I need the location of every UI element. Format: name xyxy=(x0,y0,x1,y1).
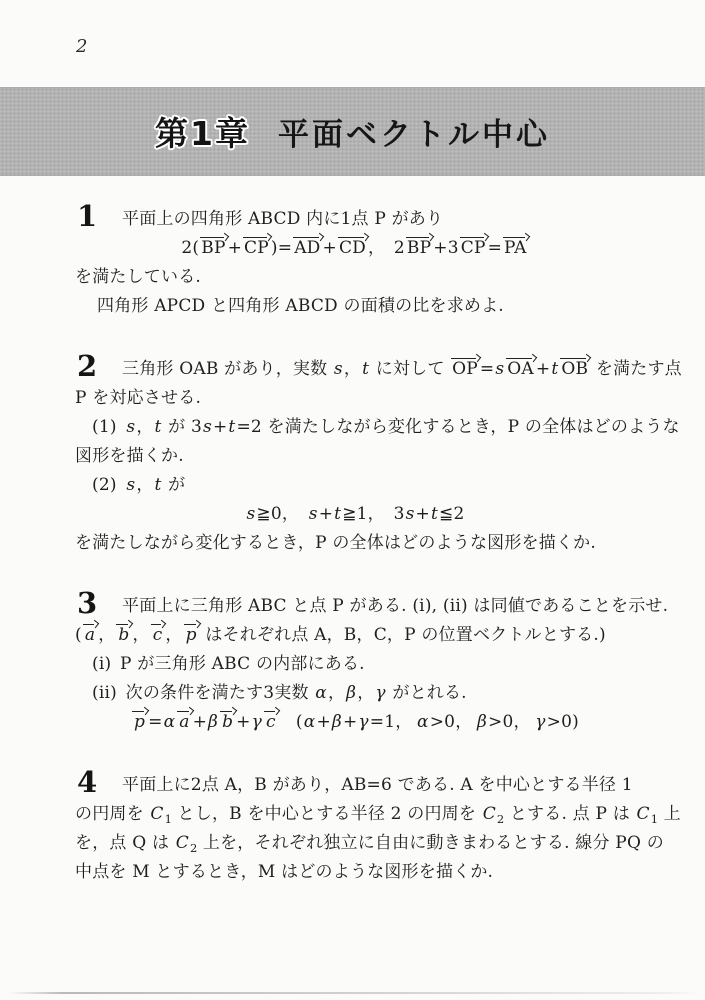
math-variable: β xyxy=(345,683,357,703)
problem-line: P を対応させる. xyxy=(75,384,635,413)
problem-line: (i) P が三角形 ABC の内部にある. xyxy=(75,650,635,679)
page-edge-shadow xyxy=(8,992,699,994)
math-variable: a xyxy=(84,625,96,645)
chapter-label: 第1章 xyxy=(155,108,250,155)
subscript: 2 xyxy=(497,812,504,826)
math-variable: c xyxy=(265,712,277,732)
problem-line: 四角形 APCD と四角形 ABCD の面積の比を求めよ. xyxy=(75,292,635,321)
subscript: 1 xyxy=(165,812,172,826)
math-variable: C xyxy=(149,804,164,824)
problem-line: (2) s，t が xyxy=(75,471,635,500)
math-variable: β xyxy=(207,712,219,732)
math-variable: s xyxy=(202,417,213,437)
problem-line: s≧0， s+t≧1， 3s+t≦2 xyxy=(75,500,635,529)
math-variable: t xyxy=(227,417,236,437)
math-variable: b xyxy=(221,712,234,732)
problem-line: p=αa+βb+γc (α+β+γ=1， α>0， β>0， γ>0) xyxy=(75,708,635,737)
vector-symbol: a xyxy=(82,627,98,644)
vector-symbol: CD xyxy=(337,240,368,257)
chapter-title: 平面ベクトル中心 xyxy=(278,109,550,154)
math-variable: a xyxy=(178,712,190,732)
math-variable: p xyxy=(185,625,198,645)
math-variable: t xyxy=(550,359,559,379)
problem-line: 平面上の四角形 ABCD 内に1点 P があり xyxy=(75,205,635,234)
math-variable: t xyxy=(154,417,163,437)
math-variable: α xyxy=(416,712,430,732)
math-variable: c xyxy=(152,625,164,645)
problem-line: 中点を M とするとき，M はどのような図形を描くか. xyxy=(75,858,635,887)
problem-line: 2(BP+CP)=AD+CD， 2BP+3CP=PA xyxy=(75,234,635,263)
chapter-banner: 第1章 平面ベクトル中心 xyxy=(0,87,705,176)
math-variable: s xyxy=(125,417,136,437)
vector-symbol: OP xyxy=(450,361,480,378)
problem: 4平面上に2点 A，B があり，AB=6 である. A を中心とする半径 1の円… xyxy=(75,771,635,887)
math-variable: γ xyxy=(251,712,263,732)
math-variable: p xyxy=(133,712,146,732)
problem-number: 3 xyxy=(77,586,97,620)
math-variable: t xyxy=(430,504,439,524)
problem-number: 2 xyxy=(77,349,97,383)
vector-symbol: a xyxy=(176,714,192,731)
math-variable: b xyxy=(117,625,130,645)
textbook-page: { "page_number": "2", "banner": { "chapt… xyxy=(0,0,705,1000)
problem: 2三角形 OAB があり，実数 s，t に対して OP=sOA+tOB を満たす… xyxy=(75,355,635,558)
problem: 1平面上の四角形 ABCD 内に1点 P があり2(BP+CP)=AD+CD， … xyxy=(75,205,635,321)
vector-symbol: p xyxy=(131,714,148,731)
math-variable: s xyxy=(125,475,136,495)
math-variable: α xyxy=(163,712,177,732)
vector-symbol: p xyxy=(183,627,200,644)
problem-line: 三角形 OAB があり，実数 s，t に対して OP=sOA+tOB を満たす点 xyxy=(75,355,635,384)
math-variable: t xyxy=(361,359,370,379)
problem-line: 平面上に三角形 ABC と点 P がある. (i), (ii) は同値であること… xyxy=(75,592,635,621)
math-variable: α xyxy=(303,712,317,732)
problem-line: を満たしながら変化するとき，P の全体はどのような図形を描くか. xyxy=(75,529,635,558)
vector-symbol: CP xyxy=(242,240,271,257)
problem-line: (ii) 次の条件を満たす3実数 α，β，γ がとれる. xyxy=(75,679,635,708)
problem-line: 図形を描くか. xyxy=(75,442,635,471)
vector-symbol: BP xyxy=(199,240,227,257)
math-variable: s xyxy=(494,359,505,379)
math-variable: C xyxy=(175,833,190,853)
math-variable: γ xyxy=(357,712,369,732)
page-number: 2 xyxy=(76,36,87,57)
math-variable: γ xyxy=(534,712,546,732)
problem-line: の円周を C1 とし，B を中心とする半径 2 の円周を C2 とする. 点 P… xyxy=(75,800,635,829)
vector-symbol: AD xyxy=(292,240,322,257)
problem: 3平面上に三角形 ABC と点 P がある. (i), (ii) は同値であるこ… xyxy=(75,592,635,737)
vector-symbol: CP xyxy=(459,240,488,257)
problem-line: を，点 Q は C2 上を，それぞれ独立に自由に動きまわるとする. 線分 PQ … xyxy=(75,829,635,858)
problem-line: (1) s，t が 3s+t=2 を満たしながら変化するとき，P の全体はどのよ… xyxy=(75,413,635,442)
vector-symbol: b xyxy=(219,714,236,731)
math-variable: β xyxy=(331,712,343,732)
problem-number: 4 xyxy=(77,765,97,799)
vector-symbol: c xyxy=(150,627,166,644)
vector-symbol: PA xyxy=(502,240,529,257)
vector-symbol: b xyxy=(115,627,132,644)
vector-symbol: OB xyxy=(559,361,590,378)
problem-line: を満たしている. xyxy=(75,263,635,292)
math-variable: s xyxy=(245,504,256,524)
problem-list: 1平面上の四角形 ABCD 内に1点 P があり2(BP+CP)=AD+CD， … xyxy=(75,205,635,921)
math-variable: β xyxy=(476,712,488,732)
vector-symbol: c xyxy=(263,714,279,731)
math-variable: t xyxy=(154,475,163,495)
subscript: 2 xyxy=(190,841,197,855)
math-variable: t xyxy=(333,504,342,524)
subscript: 1 xyxy=(651,812,658,826)
problem-line: 平面上に2点 A，B があり，AB=6 である. A を中心とする半径 1 xyxy=(75,771,635,800)
vector-symbol: BP xyxy=(405,240,433,257)
math-variable: s xyxy=(405,504,416,524)
math-variable: s xyxy=(308,504,319,524)
math-variable: C xyxy=(482,804,497,824)
math-variable: C xyxy=(636,804,651,824)
problem-number: 1 xyxy=(77,199,97,233)
math-variable: s xyxy=(333,359,344,379)
math-variable: γ xyxy=(374,683,386,703)
math-variable: α xyxy=(314,683,328,703)
problem-line: (a，b，c，p はそれぞれ点 A，B，C，P の位置ベクトルとする.) xyxy=(75,621,635,650)
vector-symbol: OA xyxy=(505,361,536,378)
